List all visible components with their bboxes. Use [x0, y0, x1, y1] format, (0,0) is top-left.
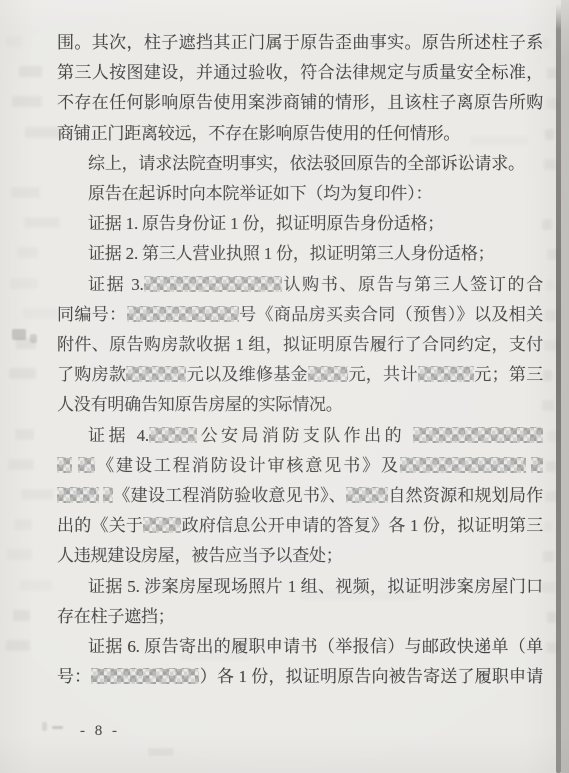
bleed-through-mark — [8, 459, 34, 470]
text-segment: 号《商品房买卖合同（预售）》以及相关 — [239, 305, 543, 324]
text-segment: 了购房款 — [57, 365, 126, 384]
bleed-through-mark — [24, 217, 60, 228]
redaction-block — [57, 487, 99, 503]
bleed-through-mark — [544, 521, 552, 532]
redaction-block — [144, 276, 282, 292]
redaction-block — [126, 366, 186, 382]
bleed-through-mark — [20, 580, 52, 591]
bleed-through-mark — [546, 461, 556, 472]
ink-mark — [148, 748, 174, 756]
bleed-through-mark — [17, 247, 38, 258]
text-segment: 证据 2. 第三人营业执照 1 份，拟证明第三人身份适格； — [88, 244, 494, 263]
redaction-block — [346, 487, 388, 503]
bleed-through-mark — [6, 36, 22, 47]
ink-mark — [52, 726, 63, 729]
text-line: 存在柱子遮挡； — [57, 602, 543, 632]
redaction-block — [143, 517, 181, 533]
text-segment: 证据 1. 原告身份证 1 份，拟证明原告身份适格； — [88, 214, 444, 233]
redaction-block — [149, 427, 197, 443]
text-line: 证据 1. 原告身份证 1 份，拟证明原告身份适格； — [57, 209, 543, 239]
text-segment: 综上，请求法院查明事实，依法驳回原告的全部诉讼请求。 — [88, 154, 525, 173]
redaction-block — [531, 457, 543, 473]
redaction-block — [91, 668, 199, 684]
text-line: 不存在任何影响原告使用案涉商铺的情形，且该柱子离原告所购 — [57, 88, 543, 118]
bleed-through-mark — [11, 187, 40, 198]
bleed-through-mark — [10, 278, 38, 289]
bleed-through-mark — [16, 338, 36, 349]
ink-mark — [12, 329, 26, 340]
redaction-block — [103, 487, 113, 503]
bleed-through-mark — [12, 96, 42, 107]
text-line: 证据 4.公安局消防支队作出的 — [57, 421, 543, 451]
bleed-through-mark — [543, 370, 552, 381]
bleed-through-mark — [23, 308, 58, 319]
text-line: 《建设工程消防验收意见书》、自然资源和规划局作 — [57, 481, 543, 511]
text-line: 附件、原告购房款收据 1 组，拟证明原告履行了合同约定，支付 — [57, 330, 543, 360]
bleed-through-mark — [542, 400, 554, 411]
bleed-through-mark — [545, 129, 554, 140]
text-segment: 公安局消防支队作出的 — [197, 426, 405, 445]
text-line: 同编号：号《商品房买卖合同（预售）》以及相关 — [57, 300, 543, 330]
text-segment: 证据 3. — [88, 275, 144, 294]
text-segment: 自然资源和规划局作 — [388, 486, 543, 505]
bleed-through-mark — [542, 219, 552, 230]
bleed-through-mark — [13, 610, 30, 621]
text-line: 人没有明确告知原告房屋的实际情况。 — [57, 390, 543, 420]
ink-mark — [42, 722, 47, 731]
text-segment: 证据 6. 原告寄出的履职申请书（举报信）与邮政快递单（单 — [88, 637, 543, 656]
text-segment: 不存在任何影响原告使用案涉商铺的情形，且该柱子离原告所购 — [57, 93, 543, 112]
text-segment: 存在柱子遮挡； — [57, 607, 175, 626]
bleed-through-mark — [542, 38, 550, 49]
text-segment: 商铺正门距离较远，不存在影响原告使用的任何情形。 — [57, 124, 460, 143]
text-segment: 政府信息公开申请的答复》各 1 份，拟证明第三 — [181, 516, 543, 535]
text-line: 第三人按图建设，并通过验收，符合法律规定与质量安全标准， — [57, 58, 543, 88]
text-segment: 认购书、原告与第三人签订的合 — [282, 275, 543, 294]
text-segment: 证据 4. — [88, 426, 149, 445]
bleed-through-mark — [15, 429, 34, 440]
text-line: 人违规建设房屋，被告应当予以查处； — [57, 541, 543, 571]
text-segment: 围。其次，柱子遮挡其正门属于原告歪曲事实。原告所述柱子系 — [57, 33, 543, 52]
text-line: 商铺正门距离较远，不存在影响原告使用的任何情形。 — [57, 119, 543, 149]
text-segment: 出的《关于 — [57, 516, 143, 535]
text-line: 证据 5. 涉案房屋现场照片 1 组、视频，拟证明涉案房屋门口 — [57, 572, 543, 602]
text-segment: 第三人按图建设，并通过验收，符合法律规定与质量安全标准， — [57, 63, 543, 82]
redaction-block — [418, 366, 474, 382]
text-line: 综上，请求法院查明事实，依法驳回原告的全部诉讼请求。 — [57, 149, 543, 179]
text-segment: 附件、原告购房款收据 1 组，拟证明原告履行了合同约定，支付 — [57, 335, 543, 354]
page-number: - 8 - — [80, 720, 120, 742]
bleed-through-mark — [542, 582, 556, 593]
bleed-through-mark — [19, 66, 42, 77]
bleed-through-mark — [546, 280, 554, 291]
bleed-through-mark — [543, 551, 554, 562]
bleed-through-mark — [14, 519, 32, 530]
bleed-through-mark — [7, 549, 32, 560]
bleed-through-mark — [9, 368, 36, 379]
redaction-block — [308, 366, 348, 382]
text-segment: 证据 5. 涉案房屋现场照片 1 组、视频，拟证明涉案房屋门口 — [88, 577, 543, 596]
text-line: 原告在起诉时向本院举证如下（均为复印件）： — [57, 179, 543, 209]
text-segment: 元；第三 — [474, 365, 543, 384]
bleed-through-mark — [6, 640, 30, 651]
bleed-through-mark — [21, 489, 54, 500]
scanned-document-page: 围。其次，柱子遮挡其正门属于原告歪曲事实。原告所述柱子系第三人按图建设，并通过验… — [0, 0, 569, 773]
text-segment: 同编号： — [57, 305, 127, 324]
ink-mark — [30, 334, 37, 343]
text-segment: ）各 1 份，拟证明原告向被告寄送了履职申请 — [199, 667, 543, 686]
text-segment: 《建设工程消防验收意见书》、 — [113, 486, 346, 505]
text-line: 号：）各 1 份，拟证明原告向被告寄送了履职申请 — [57, 662, 543, 692]
text-line: 出的《关于政府信息公开申请的答复》各 1 份，拟证明第三 — [57, 511, 543, 541]
spacer — [405, 440, 413, 441]
text-segment: 元以及维修基金 — [186, 365, 308, 384]
text-line: 证据 6. 原告寄出的履职申请书（举报信）与邮政快递单（单 — [57, 632, 543, 662]
text-line: 了购房款元以及维修基金元，共计元；第三 — [57, 360, 543, 390]
text-line: 围。其次，柱子遮挡其正门属于原告歪曲事实。原告所述柱子系 — [57, 28, 543, 58]
text-segment: 元，共计 — [348, 365, 418, 384]
text-line: 证据 3.认购书、原告与第三人签订的合 — [57, 270, 543, 300]
redaction-block — [127, 306, 239, 322]
bleed-through-mark — [547, 612, 556, 623]
bleed-through-mark — [544, 159, 556, 170]
redaction-block — [78, 457, 95, 473]
redaction-block — [413, 427, 543, 443]
redaction-block — [57, 457, 72, 473]
scanner-background-strip — [561, 0, 569, 773]
text-line: 证据 2. 第三人营业执照 1 份，拟证明第三人身份适格； — [57, 239, 543, 269]
text-segment: 原告在起诉时向本院举证如下（均为复印件）： — [88, 184, 432, 203]
text-segment: 人违规建设房屋，被告应当予以查处； — [57, 546, 343, 565]
redaction-block — [400, 457, 526, 473]
text-segment: 《建设工程消防设计审核意见书》及 — [95, 456, 400, 475]
text-segment: 人没有明确告知原告房屋的实际情况。 — [57, 395, 343, 414]
bleed-through-mark — [545, 310, 556, 321]
text-line: 《建设工程消防设计审核意见书》及 — [57, 451, 543, 481]
text-segment: 号： — [57, 667, 91, 686]
